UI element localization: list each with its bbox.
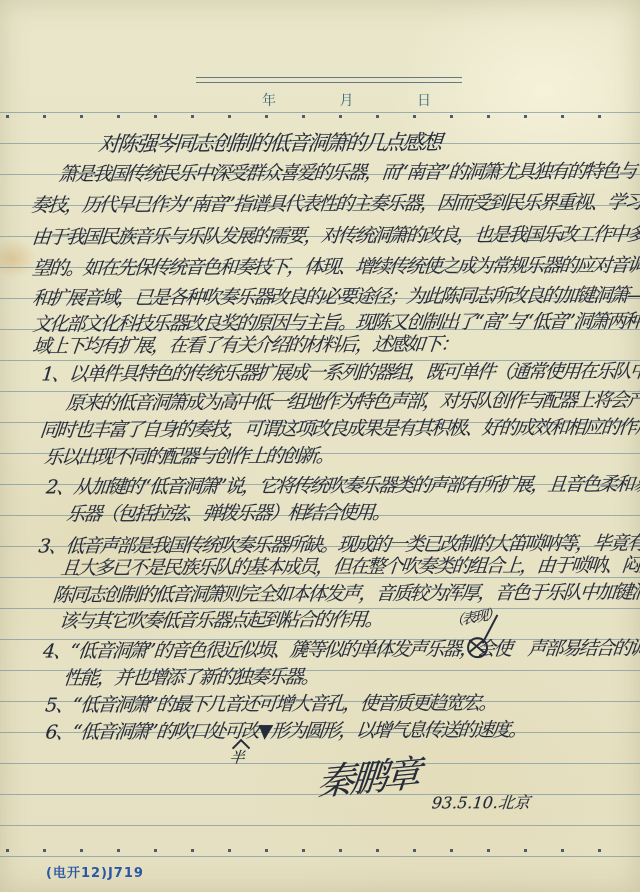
item-line: 6、“低音洞箫”的吹口处可改▼形为圆形，以增气息传送的速度。	[45, 721, 527, 743]
stationery-page: 年 月 日 对陈强岑同志创制的低音洞箫的几点感想 箫是我国传统民乐中深受群众喜爱…	[0, 0, 640, 892]
intro-line: 和扩展音域，已是各种吹奏乐器改良的必要途径；为此陈同志所改良的加键洞箫——他获	[31, 286, 640, 308]
document-title: 对陈强岑同志创制的低音洞箫的几点感想	[97, 132, 441, 155]
signature-date-place: 93.5.10.北京	[431, 795, 531, 812]
item-line: 原来的低音洞箫成为高中低一组地作为特色声部，对乐队创作与配器上将会产生新的色彩，	[65, 391, 640, 414]
item-line: 乐器（包括拉弦、弹拨乐器）相结合使用。	[65, 504, 390, 525]
intro-line: 文化部文化科技乐器改良奖的原因与主旨。现陈又创制出了“高”与“低音”洞箫两种，是…	[31, 312, 640, 335]
item-line: 乐以出现不同的配器与创作上的创新。	[43, 447, 334, 468]
item-line: 4、“低音洞箫”的音色很近似埙、篪等似的单体发声乐器，会使 声部易结合的调和	[42, 639, 640, 661]
item-line: 3、低音声部是我国传统吹奏乐器所缺。现成的一类已改制的大笛唢呐等，毕竟有限而且	[38, 534, 640, 556]
inserted-character: 半	[229, 750, 244, 765]
item-line: 陈同志创制的低音洞箫则完全如本体发声，音质较为浑厚，音色于乐队中加键洞箫很适宜，	[52, 583, 640, 606]
intro-line: 由于我国民族音乐与乐队发展的需要，对传统洞箫的改良，也是我国乐改工作中多年期	[31, 225, 640, 247]
stationery-print-code: (电开12)J719	[46, 862, 144, 881]
signature: 秦鹏章	[316, 755, 419, 801]
intro-line: 奏技，历代早已作为“南音”指谱具代表性的主奏乐器，因而受到民乐界重视、学习和利用…	[30, 193, 640, 216]
item-line: 同时也丰富了自身的奏技，可谓这项改良成果是有其积极、好的成效和相应的作用，民族音	[39, 418, 640, 441]
item-line: 性能，并也增添了新的独奏乐器。	[62, 668, 319, 688]
intro-line: 箫是我国传统民乐中深受群众喜爱的乐器，而“南音”的洞箫尤具独有的特色与	[58, 162, 636, 184]
item-line: 该与其它吹奏低音乐器点起到粘合的作用。	[58, 611, 383, 632]
handwriting-layer: 对陈强岑同志创制的低音洞箫的几点感想 箫是我国传统民乐中深受群众喜爱的乐器，而“…	[0, 0, 640, 892]
item-line: 且大多已不是民族乐队的基本成员，但在整个吹奏类的组合上，由于唢呐、闷笙的低音乐器	[60, 556, 640, 579]
intro-line: 望的。如在先保传统音色和奏技下，体现、增续传统使之成为常规乐器的应对音调与音域	[31, 256, 640, 278]
intro-line: 域上下均有扩展，在看了有关介绍的材料后，述感如下：	[32, 335, 459, 356]
item-line: 2、从加键的“低音洞箫”说，它将传统吹奏乐器类的声部有所扩展，且音色柔和易与于其…	[45, 475, 640, 498]
item-line: 5、“低音洞箫”的最下几音还可增大音孔，使音质更趋宽宏。	[44, 694, 496, 715]
item-line: 1、以单件具特色的传统乐器扩展成一系列的器组，既可单件（通常使用在乐队中）也可组…	[41, 362, 640, 385]
crossed-out-character-mark	[467, 637, 488, 658]
